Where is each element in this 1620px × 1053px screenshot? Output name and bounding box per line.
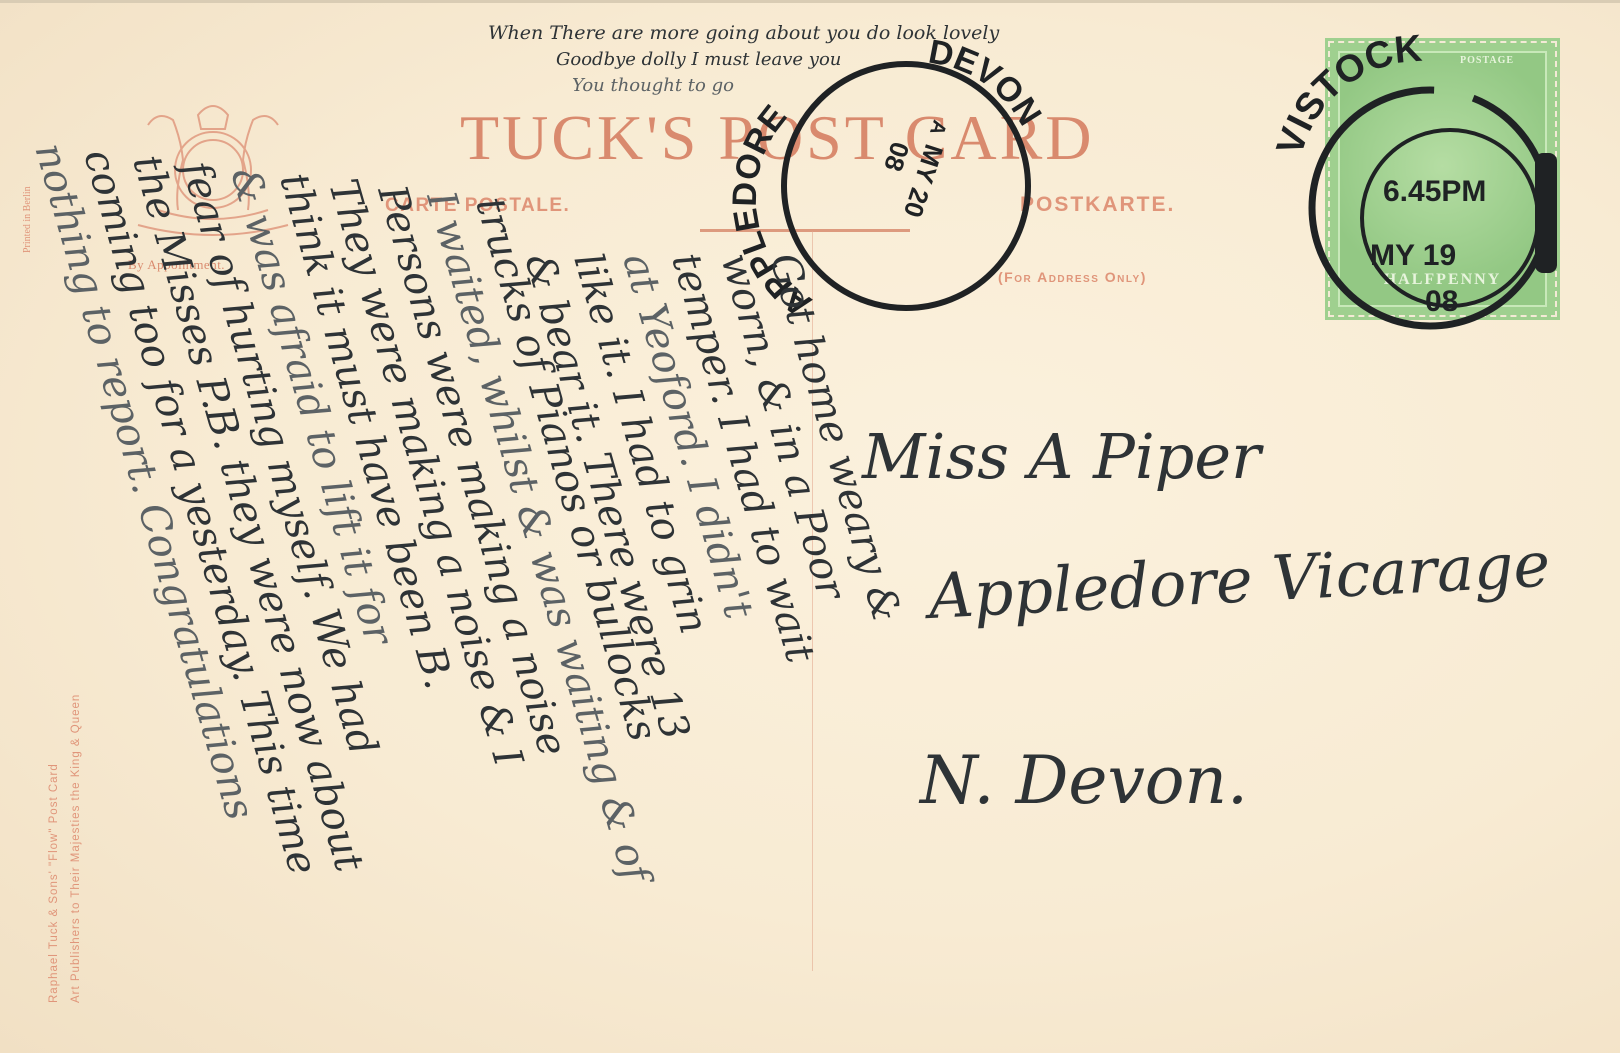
postcard-back: By Appointment. Printed in Berlin Raphae… [0, 0, 1620, 1053]
top-note-line-2: Goodbye dolly I must leave you [556, 49, 841, 70]
address-block: Miss A Piper Appledore Vicarage N. Devon… [861, 420, 1552, 819]
top-note-line-1: When There are more going about you do l… [488, 22, 999, 44]
address-line-2: Appledore Vicarage [922, 528, 1552, 634]
top-note: When There are more going about you do l… [488, 22, 999, 96]
ink-overlay: VISTOCK 6.45PM MY 19 08 APPLEDORE DEVON … [0, 3, 1620, 1053]
appledore-code: A [925, 117, 950, 138]
appledore-year: 08 [878, 138, 915, 175]
top-note-line-3: You thought to go [572, 75, 734, 96]
address-line-3: N. Devon. [918, 742, 1248, 819]
appledore-county: DEVON [926, 33, 1049, 132]
tavistock-postmark: VISTOCK 6.45PM MY 19 08 [1269, 28, 1557, 326]
tavistock-date: MY 19 [1370, 239, 1456, 272]
tavistock-time: 6.45PM [1383, 175, 1486, 208]
tavistock-year: 08 [1425, 285, 1458, 318]
address-line-1: Miss A Piper [861, 420, 1264, 493]
